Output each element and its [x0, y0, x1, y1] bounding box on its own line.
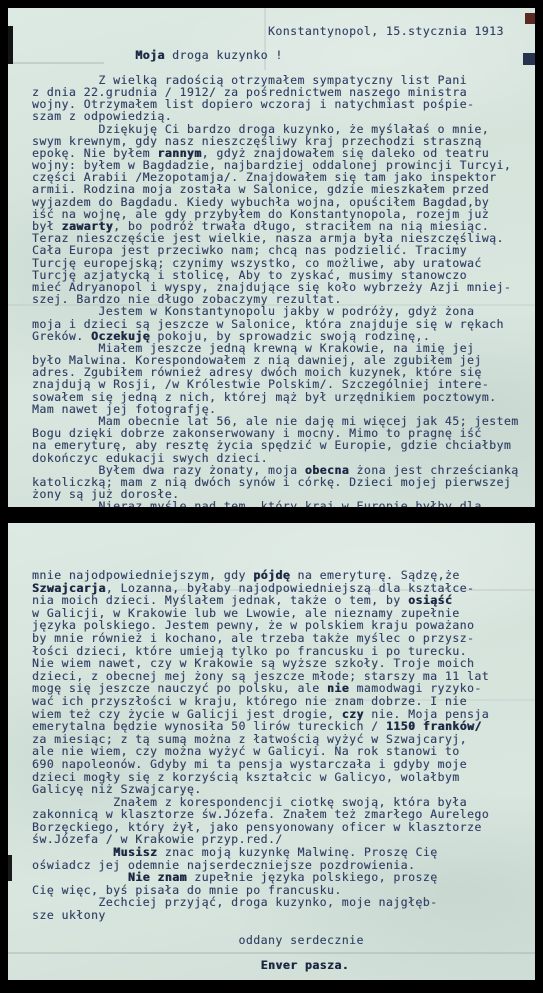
letter-line: oddany serdecznie [32, 934, 533, 947]
letter-page-1: Konstantynopol, 15.stycznia 1913 Moja dr… [8, 8, 535, 507]
page1-text: Konstantynopol, 15.stycznia 1913 Moja dr… [32, 25, 533, 507]
letter-page-2: mnie najodpowiedniejszym, gdy pójdę na e… [8, 523, 535, 980]
letter-line: Moja droga kuzynko ! [32, 49, 533, 61]
page2-text: mnie najodpowiedniejszym, gdy pójdę na e… [32, 569, 533, 972]
letter-line: sze ukłony [32, 909, 533, 922]
letter-line: Enver pasza. [32, 959, 533, 972]
scanned-letter-screenshot: Konstantynopol, 15.stycznia 1913 Moja dr… [0, 0, 543, 993]
scan-edge-mark [8, 855, 12, 881]
letter-line: Nieraz myślę nad tem, który kraj w Europ… [32, 500, 533, 507]
letter-line: Konstantynopol, 15.stycznia 1913 [32, 25, 533, 37]
letter-line: Zechciej przyjąć, droga kuzynko, moje na… [32, 896, 533, 909]
scan-edge-mark [8, 26, 13, 64]
scan-edge-mark [525, 13, 535, 24]
